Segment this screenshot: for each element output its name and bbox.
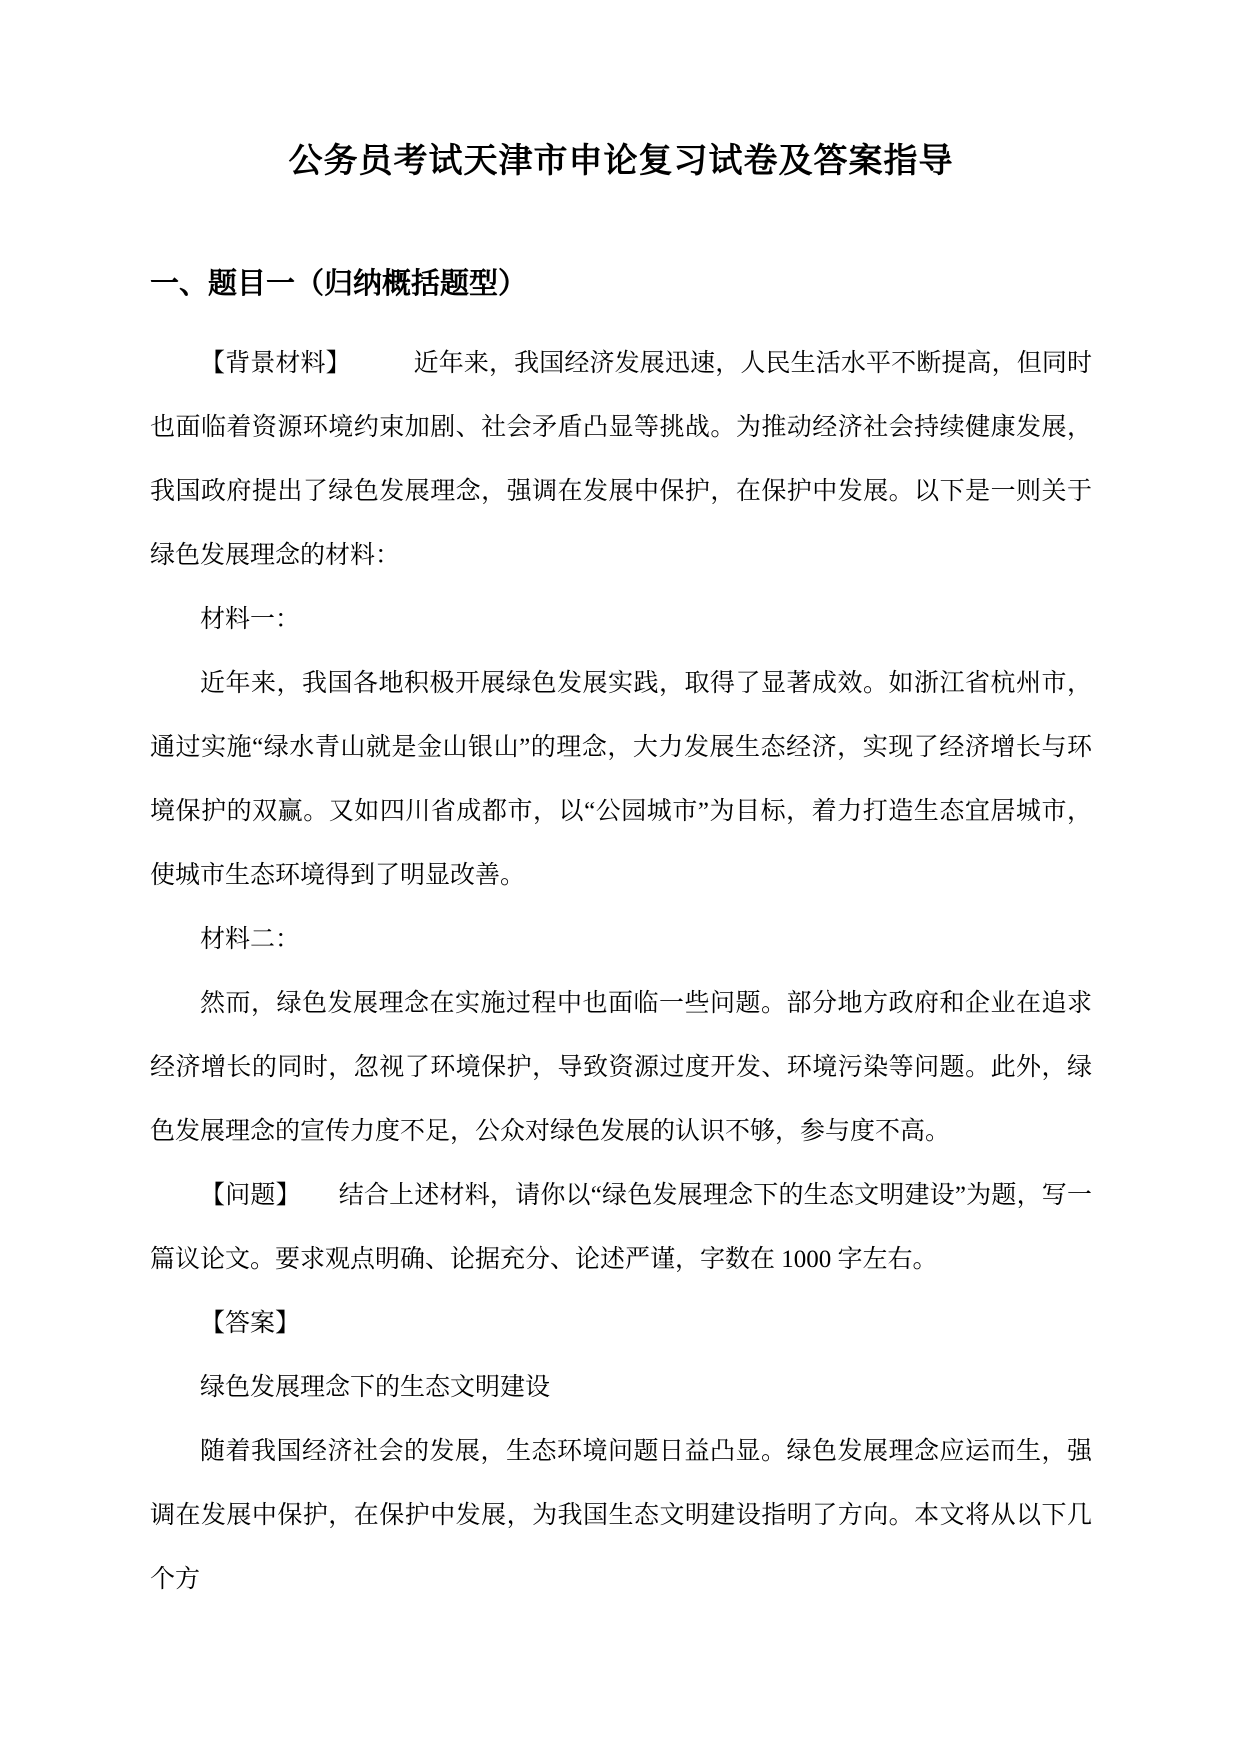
document-body: 【背景材料】 近年来，我国经济发展迅速，人民生活水平不断提高，但同时也面临着资源…: [150, 332, 1092, 1612]
material-two-label: 材料二：: [150, 908, 1092, 972]
document-title: 公务员考试天津市申论复习试卷及答案指导: [150, 138, 1092, 184]
paragraph-background-material: 【背景材料】 近年来，我国经济发展迅速，人民生活水平不断提高，但同时也面临着资源…: [150, 332, 1092, 588]
section-heading: 一、题目一（归纳概括题型）: [150, 264, 1092, 304]
question-paragraph: 【问题】 结合上述材料，请你以“绿色发展理念下的生态文明建设”为题，写一篇议论文…: [150, 1164, 1092, 1292]
essay-intro-paragraph: 随着我国经济社会的发展，生态环境问题日益凸显。绿色发展理念应运而生，强调在发展中…: [150, 1420, 1092, 1612]
material-two-text: 然而，绿色发展理念在实施过程中也面临一些问题。部分地方政府和企业在追求经济增长的…: [150, 972, 1092, 1164]
material-one-label: 材料一：: [150, 588, 1092, 652]
document-page: 公务员考试天津市申论复习试卷及答案指导 一、题目一（归纳概括题型） 【背景材料】…: [0, 0, 1241, 1754]
material-one-text: 近年来，我国各地积极开展绿色发展实践，取得了显著成效。如浙江省杭州市，通过实施“…: [150, 652, 1092, 908]
essay-title-line: 绿色发展理念下的生态文明建设: [150, 1356, 1092, 1420]
answer-label: 【答案】: [150, 1292, 1092, 1356]
